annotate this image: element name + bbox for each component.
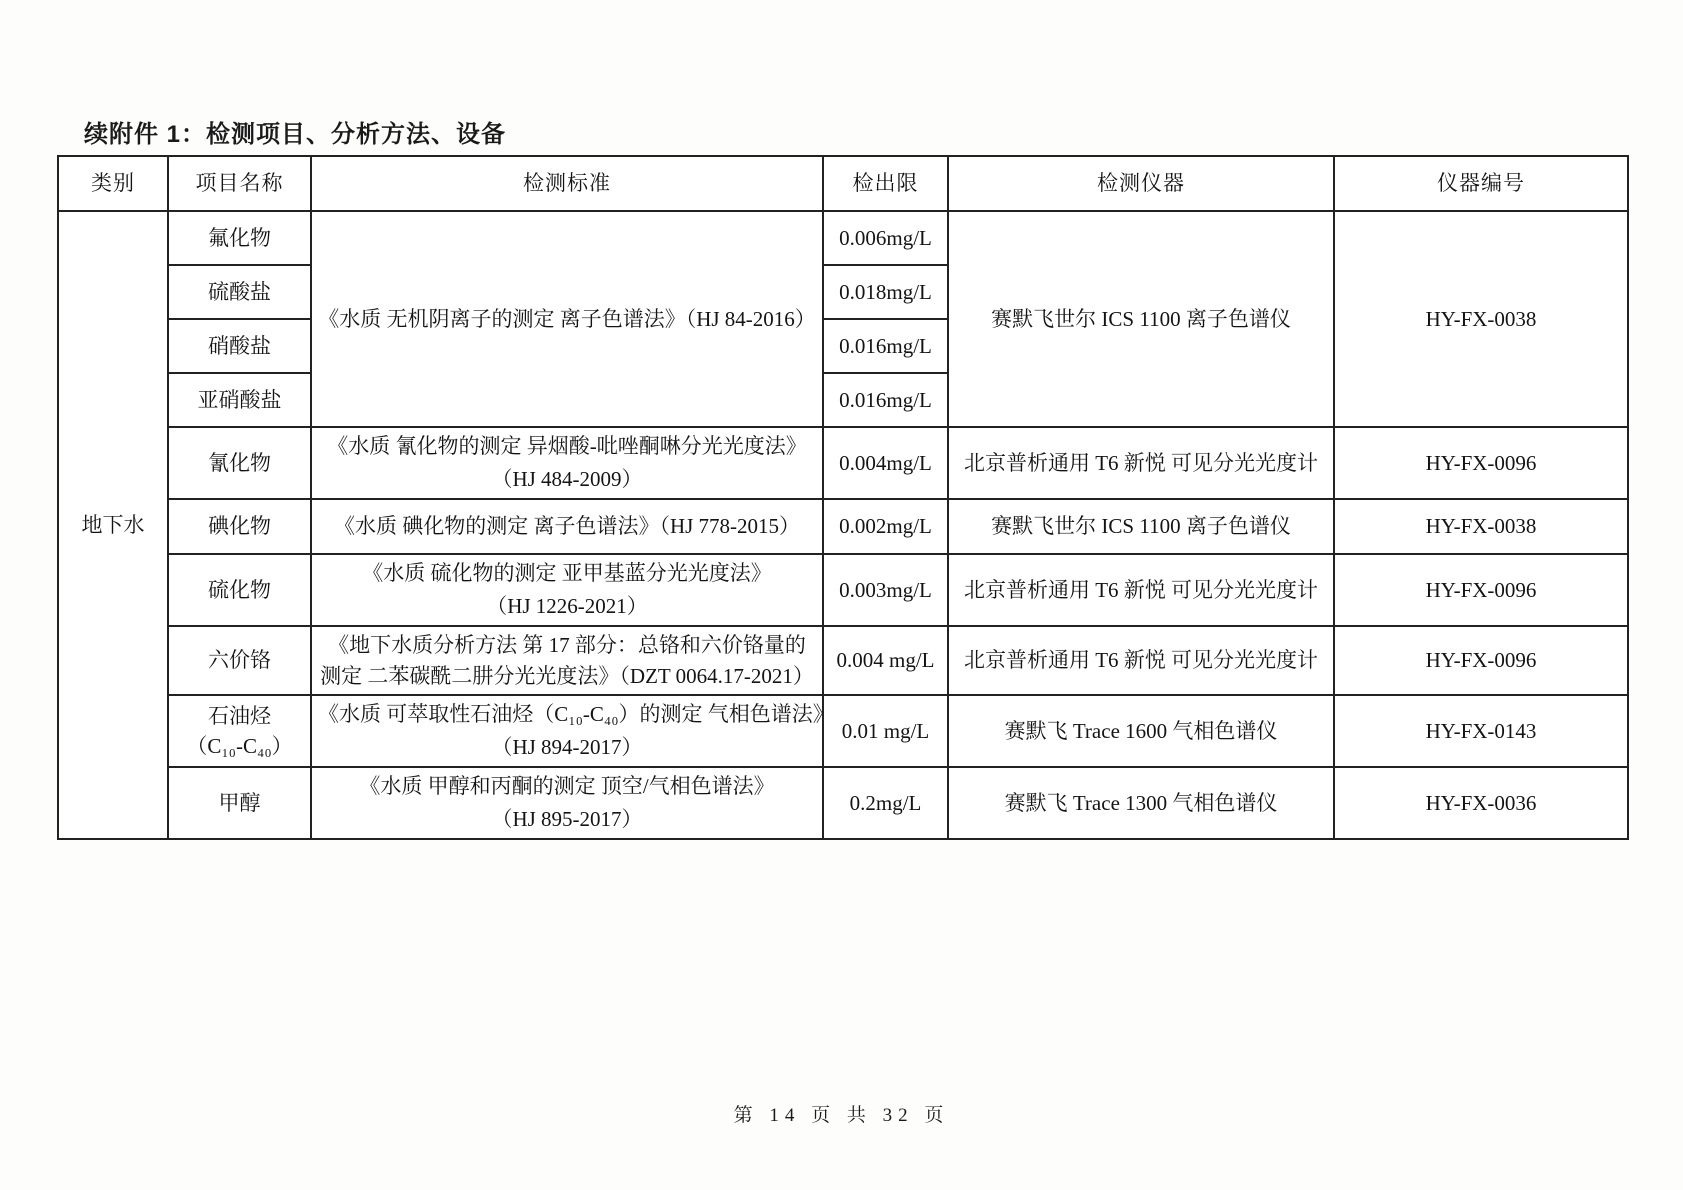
detection-limit-cell: 0.003mg/L xyxy=(823,554,948,626)
page-number: 第 14 页 共 32 页 xyxy=(0,1100,1683,1127)
table-row: 氰化物 《水质 氰化物的测定 异烟酸-吡唑酮啉分光光度法》 （HJ 484-20… xyxy=(58,427,1628,499)
detection-limit-cell: 0.01 mg/L xyxy=(823,695,948,767)
page-title: 续附件 1：检测项目、分析方法、设备 xyxy=(84,114,506,149)
detection-items-table: 类别 项目名称 检测标准 检出限 检测仪器 仪器编号 地下水 氟化物 《水质 无… xyxy=(57,155,1629,840)
item-name-cell: 石油烃 （C₁₀-C₄₀） xyxy=(168,695,311,767)
standard-line1: 《水质 硫化物的测定 亚甲基蓝分光光度法》 xyxy=(318,557,816,590)
instrument-cell: 赛默飞世尔 ICS 1100 离子色谱仪 xyxy=(948,211,1334,427)
instrument-no-cell: HY-FX-0038 xyxy=(1334,211,1628,427)
standard-cell: 《水质 碘化物的测定 离子色谱法》（HJ 778-2015） xyxy=(311,499,823,554)
item-name-cell: 亚硝酸盐 xyxy=(168,373,311,427)
instrument-cell: 北京普析通用 T6 新悦 可见分光光度计 xyxy=(948,554,1334,626)
table-row: 地下水 氟化物 《水质 无机阴离子的测定 离子色谱法》（HJ 84-2016） … xyxy=(58,211,1628,265)
standard-line2: （HJ 894-2017） xyxy=(318,731,816,764)
detection-limit-cell: 0.006mg/L xyxy=(823,211,948,265)
detection-limit-cell: 0.018mg/L xyxy=(823,265,948,319)
instrument-no-cell: HY-FX-0143 xyxy=(1334,695,1628,767)
item-name-cell: 硫化物 xyxy=(168,554,311,626)
instrument-cell: 赛默飞 Trace 1600 气相色谱仪 xyxy=(948,695,1334,767)
category-cell: 地下水 xyxy=(58,211,168,839)
item-name-cell: 甲醇 xyxy=(168,767,311,839)
standard-cell: 《水质 无机阴离子的测定 离子色谱法》（HJ 84-2016） xyxy=(311,211,823,427)
item-name-cell: 氟化物 xyxy=(168,211,311,265)
table-row: 甲醇 《水质 甲醇和丙酮的测定 顶空/气相色谱法》 （HJ 895-2017） … xyxy=(58,767,1628,839)
instrument-cell: 赛默飞 Trace 1300 气相色谱仪 xyxy=(948,767,1334,839)
table-header-row: 类别 项目名称 检测标准 检出限 检测仪器 仪器编号 xyxy=(58,156,1628,211)
col-header-category: 类别 xyxy=(58,156,168,211)
instrument-no-cell: HY-FX-0096 xyxy=(1334,427,1628,499)
item-name-line1: 石油烃 xyxy=(175,701,304,731)
col-header-instrument: 检测仪器 xyxy=(948,156,1334,211)
detection-limit-cell: 0.2mg/L xyxy=(823,767,948,839)
instrument-no-cell: HY-FX-0096 xyxy=(1334,626,1628,695)
detection-limit-cell: 0.004mg/L xyxy=(823,427,948,499)
col-header-detect-limit: 检出限 xyxy=(823,156,948,211)
table-row: 六价铬 《地下水质分析方法 第 17 部分：总铬和六价铬量的测定 二苯碳酰二肼分… xyxy=(58,626,1628,695)
item-name-line2: （C₁₀-C₄₀） xyxy=(175,731,304,761)
standard-cell: 《地下水质分析方法 第 17 部分：总铬和六价铬量的测定 二苯碳酰二肼分光光度法… xyxy=(311,626,823,695)
table-row: 石油烃 （C₁₀-C₄₀） 《水质 可萃取性石油烃（C₁₀-C₄₀）的测定 气相… xyxy=(58,695,1628,767)
item-name-cell: 氰化物 xyxy=(168,427,311,499)
detection-limit-cell: 0.016mg/L xyxy=(823,373,948,427)
standard-line2: （HJ 1226-2021） xyxy=(318,590,816,623)
item-name-cell: 碘化物 xyxy=(168,499,311,554)
standard-line1: 《水质 甲醇和丙酮的测定 顶空/气相色谱法》 xyxy=(318,770,816,803)
table-row: 碘化物 《水质 碘化物的测定 离子色谱法》（HJ 778-2015） 0.002… xyxy=(58,499,1628,554)
item-name-cell: 硫酸盐 xyxy=(168,265,311,319)
item-name-cell: 六价铬 xyxy=(168,626,311,695)
item-name-cell: 硝酸盐 xyxy=(168,319,311,373)
standard-cell: 《水质 可萃取性石油烃（C₁₀-C₄₀）的测定 气相色谱法》 （HJ 894-2… xyxy=(311,695,823,767)
instrument-cell: 北京普析通用 T6 新悦 可见分光光度计 xyxy=(948,427,1334,499)
col-header-item-name: 项目名称 xyxy=(168,156,311,211)
detection-limit-cell: 0.016mg/L xyxy=(823,319,948,373)
detection-limit-cell: 0.002mg/L xyxy=(823,499,948,554)
standard-cell: 《水质 甲醇和丙酮的测定 顶空/气相色谱法》 （HJ 895-2017） xyxy=(311,767,823,839)
col-header-standard: 检测标准 xyxy=(311,156,823,211)
standard-line1: 《水质 氰化物的测定 异烟酸-吡唑酮啉分光光度法》 xyxy=(318,430,816,463)
document-page: 续附件 1：检测项目、分析方法、设备 类别 项目名称 检测标准 检出限 检测仪器… xyxy=(0,0,1683,1190)
standard-cell: 《水质 硫化物的测定 亚甲基蓝分光光度法》 （HJ 1226-2021） xyxy=(311,554,823,626)
instrument-no-cell: HY-FX-0096 xyxy=(1334,554,1628,626)
standard-line1: 《水质 可萃取性石油烃（C₁₀-C₄₀）的测定 气相色谱法》 xyxy=(318,698,816,731)
instrument-no-cell: HY-FX-0036 xyxy=(1334,767,1628,839)
instrument-cell: 赛默飞世尔 ICS 1100 离子色谱仪 xyxy=(948,499,1334,554)
standard-cell: 《水质 氰化物的测定 异烟酸-吡唑酮啉分光光度法》 （HJ 484-2009） xyxy=(311,427,823,499)
table-row: 硫化物 《水质 硫化物的测定 亚甲基蓝分光光度法》 （HJ 1226-2021）… xyxy=(58,554,1628,626)
instrument-cell: 北京普析通用 T6 新悦 可见分光光度计 xyxy=(948,626,1334,695)
standard-line2: （HJ 895-2017） xyxy=(318,803,816,836)
col-header-instrument-no: 仪器编号 xyxy=(1334,156,1628,211)
standard-line2: （HJ 484-2009） xyxy=(318,463,816,496)
detection-limit-cell: 0.004 mg/L xyxy=(823,626,948,695)
instrument-no-cell: HY-FX-0038 xyxy=(1334,499,1628,554)
